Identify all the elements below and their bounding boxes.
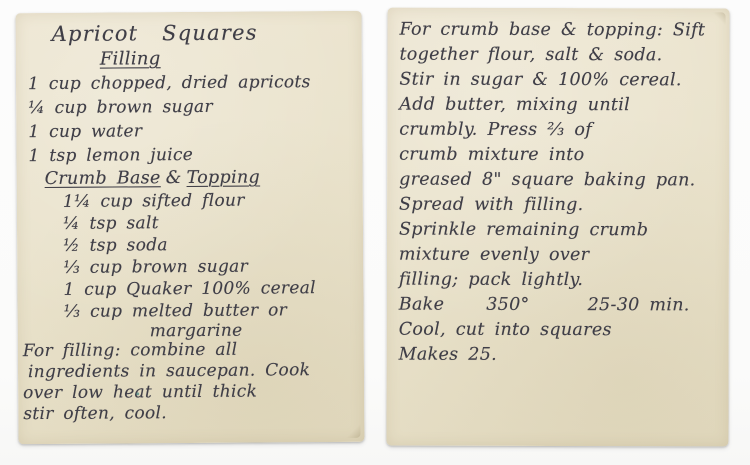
bake-instruction-line: Bake 350° 25-30 min. — [387, 293, 729, 319]
crumb-base-label: Crumb Base — [45, 168, 161, 189]
bake-temperature: 350° — [486, 293, 529, 318]
instruction-line: crumbly. Press ⅔ of — [387, 118, 729, 144]
ingredient-line: ¼ cup brown sugar — [16, 94, 362, 120]
instruction-line: crumb mixture into — [387, 143, 729, 169]
filling-heading: Filling — [16, 46, 362, 72]
instruction-line: greased 8" square baking pan. — [387, 168, 729, 194]
ingredient-line: ⅓ cup brown sugar — [17, 255, 363, 279]
recipe-title: Apricot Squares — [16, 19, 362, 48]
ingredient-line-continued: margarine — [18, 321, 364, 341]
instruction-line: ingredients in saucepan. Cook — [18, 360, 364, 383]
recipe-card-scan: Apricot Squares Filling 1 cup chopped, d… — [0, 0, 750, 465]
instruction-line: For filling: combine all — [18, 339, 364, 362]
ampersand: & — [161, 168, 187, 188]
instruction-line: together flour, salt & soda. — [387, 43, 729, 69]
instruction-line: stir often, cool. — [18, 402, 364, 425]
ingredient-line: ⅓ cup melted butter or — [18, 299, 364, 323]
instruction-line: For crumb base & topping: Sift — [387, 18, 729, 44]
ingredient-line: ½ tsp soda — [17, 233, 363, 257]
instruction-line: Cool, cut into squares — [387, 318, 729, 344]
recipe-card-back: For crumb base & topping: Sift together … — [386, 8, 729, 447]
recipe-card-front: Apricot Squares Filling 1 cup chopped, d… — [15, 11, 364, 444]
crumb-base-heading: Crumb Base&Topping — [17, 166, 363, 191]
bake-word: Bake — [399, 293, 445, 318]
bake-time: 25-30 min. — [588, 293, 690, 318]
instruction-line: Sprinkle remaining crumb — [387, 218, 729, 244]
instruction-line: mixture evenly over — [387, 243, 729, 269]
instruction-line: Add butter, mixing until — [387, 93, 729, 119]
ingredient-line: 1 cup Quaker 100% cereal — [17, 277, 363, 301]
yield-line: Makes 25. — [387, 343, 729, 369]
ingredient-line: ¼ tsp salt — [17, 211, 363, 235]
instruction-line: Stir in sugar & 100% cereal. — [387, 68, 729, 94]
ingredient-line: 1 cup chopped, dried apricots — [16, 70, 362, 96]
ingredient-line: 1¼ cup sifted flour — [17, 189, 363, 213]
ingredient-line: 1 cup water — [16, 118, 362, 144]
instruction-line: filling; pack lightly. — [387, 268, 729, 294]
ingredient-line: 1 tsp lemon juice — [16, 142, 362, 168]
instruction-line: Spread with filling. — [387, 193, 729, 219]
topping-label: Topping — [187, 168, 261, 189]
instruction-line: over low heat until thick — [18, 381, 364, 404]
